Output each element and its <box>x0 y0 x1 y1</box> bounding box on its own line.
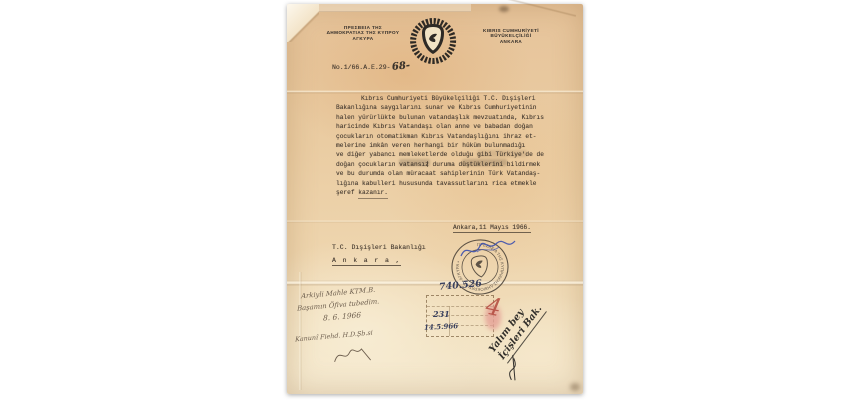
registry-date: 14.5.966 <box>424 321 459 332</box>
paper-crease <box>287 220 583 223</box>
letterhead-turkish-line: ANKARA <box>463 39 559 44</box>
underline-mark <box>358 198 388 199</box>
page-background: ΠΡΕΣΒΕΙΑ ΤΗΣ ΔΗΜΟΚΡΑΤΙΑΣ ΤΗΣ ΚΥΠΡΟΥ ΑΓΚΥ… <box>0 0 864 400</box>
addressee-ministry: T.C. Dışişleri Bakanlığı <box>332 244 426 251</box>
body-line: Kıbrıs Cumhuriyeti Büyükelçiliği T.C. Dı… <box>336 94 546 103</box>
ink-smudge <box>462 159 507 166</box>
paper-wrinkle <box>508 0 577 17</box>
registry-entry-number: 231 <box>433 309 450 319</box>
pencil-signature-flourish <box>331 342 373 368</box>
paper-stain <box>570 383 580 391</box>
letter-body: Kıbrıs Cumhuriyeti Büyükelçiliği T.C. Dı… <box>336 94 546 197</box>
ink-smudge <box>399 159 430 166</box>
body-line: halen yürürlükte bulunan vatandaşlık mev… <box>336 113 546 122</box>
paper-crease <box>287 280 583 286</box>
body-line: haricinde Kıbrıs Vatandaşı olan anne ve … <box>336 122 546 131</box>
addressee-city: A n k a r a , <box>332 257 401 266</box>
body-line: lığına kabulleri hususunda tavassutların… <box>336 179 546 188</box>
registry-box-line <box>427 306 493 307</box>
paper-tear <box>499 6 509 12</box>
reference-typed: No.1/66.A.E.29- <box>332 64 391 71</box>
letterhead-turkish: KIBRIS CUMHURİYETİ BÜYÜKELÇİLİĞİ ANKARA <box>463 28 559 44</box>
body-line: Bakanlığına saygılarını sunar ve Kıbrıs … <box>336 103 546 112</box>
body-line: ve bu durumda olan müracaat sahiplerinin… <box>336 169 546 178</box>
ink-smudge <box>477 150 527 157</box>
cyprus-coat-of-arms-icon <box>406 15 460 65</box>
pencil-note-date: 8. 6. 1966 <box>323 310 361 322</box>
pencil-note-line: Kanunî Fiehd. H.D.Şb.si <box>295 329 373 344</box>
body-line: çocukların otomatikman Kıbrıs Vatandaşlı… <box>336 132 546 141</box>
body-line: doğan çocukların vatansız duruma düştükl… <box>336 160 546 169</box>
blue-ink-signature <box>447 232 527 272</box>
ink-mark <box>427 161 428 167</box>
letter-document: ΠΡΕΣΒΕΙΑ ΤΗΣ ΔΗΜΟΚΡΑΤΙΑΣ ΤΗΣ ΚΥΠΡΟΥ ΑΓΚΥ… <box>287 4 583 394</box>
paper-crease <box>299 272 302 390</box>
reference-handwritten: 68- <box>391 60 410 73</box>
pencil-note-line: Başamın Öfiva tubedim. <box>297 297 379 312</box>
reference-number: No.1/66.A.E.29-68- <box>332 61 410 72</box>
body-line: şeref kazanır. <box>336 188 546 197</box>
